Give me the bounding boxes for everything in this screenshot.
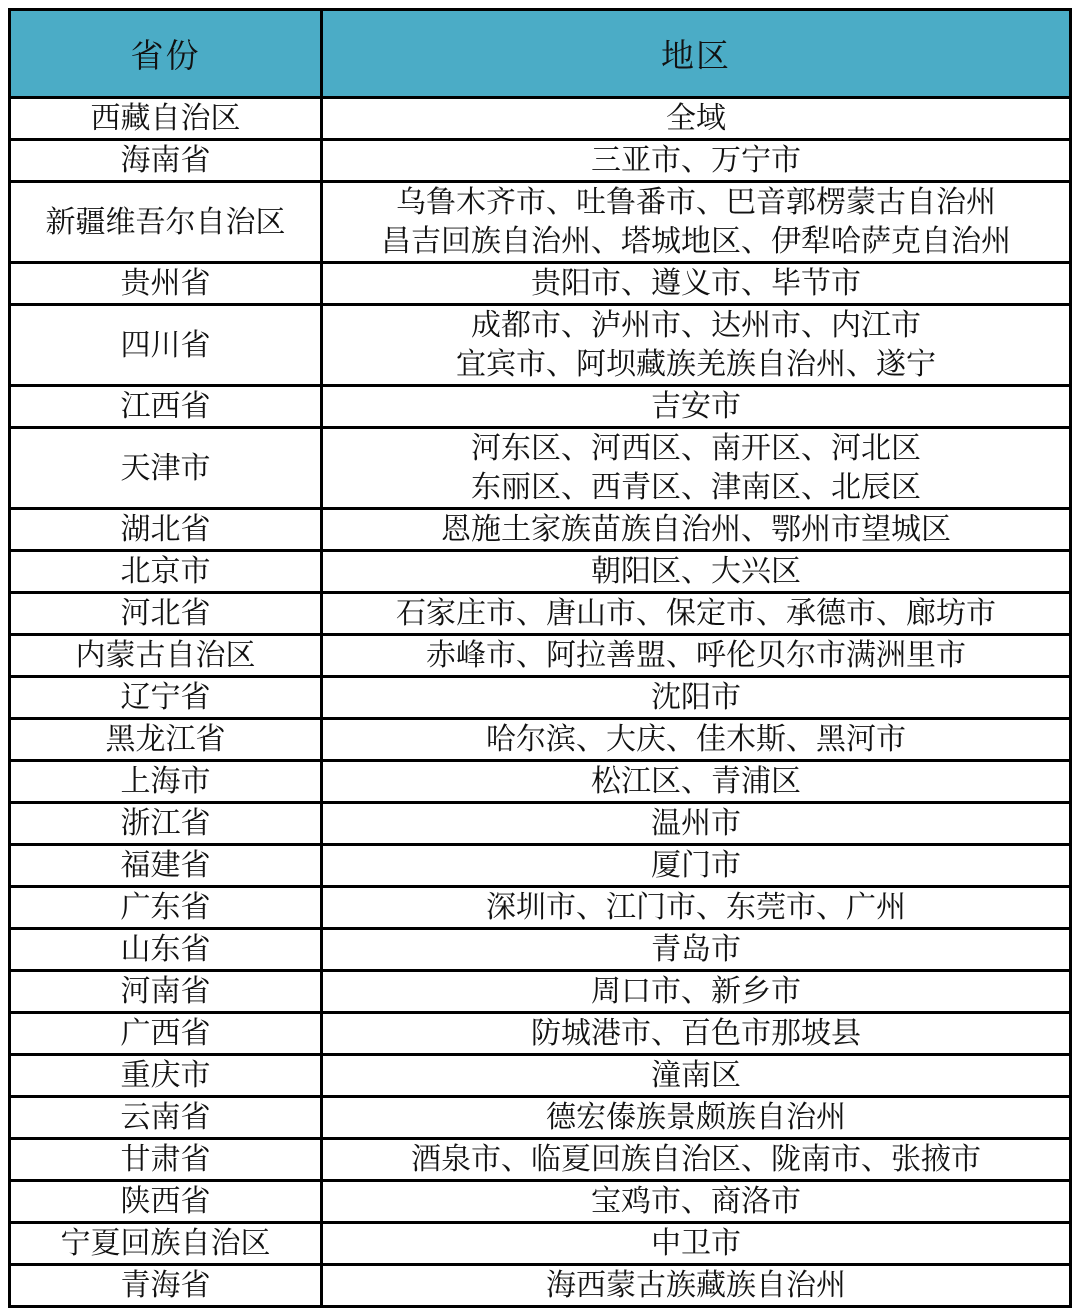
region-cell: 酒泉市、临夏回族自治区、陇南市、张掖市 <box>322 1139 1071 1181</box>
region-line: 温州市 <box>327 804 1065 843</box>
region-cell: 沈阳市 <box>322 677 1071 719</box>
region-cell: 海西蒙古族藏族自治州 <box>322 1265 1071 1307</box>
region-cell: 三亚市、万宁市 <box>322 140 1071 182</box>
table-row: 河北省石家庄市、唐山市、保定市、承德市、廊坊市 <box>10 593 1071 635</box>
table-row: 云南省德宏傣族景颇族自治州 <box>10 1097 1071 1139</box>
province-cell: 广西省 <box>10 1013 322 1055</box>
province-cell: 新疆维吾尔自治区 <box>10 182 322 263</box>
table-row: 浙江省温州市 <box>10 803 1071 845</box>
province-region-table: 省份 地区 西藏自治区全域海南省三亚市、万宁市新疆维吾尔自治区乌鲁木齐市、吐鲁番… <box>8 8 1072 1308</box>
region-line: 全域 <box>327 99 1065 138</box>
table-row: 西藏自治区全域 <box>10 98 1071 140</box>
table-row: 上海市松江区、青浦区 <box>10 761 1071 803</box>
province-cell: 湖北省 <box>10 509 322 551</box>
province-cell: 贵州省 <box>10 263 322 305</box>
region-line: 酒泉市、临夏回族自治区、陇南市、张掖市 <box>327 1140 1065 1179</box>
region-cell: 乌鲁木齐市、吐鲁番市、巴音郭楞蒙古自治州昌吉回族自治州、塔城地区、伊犁哈萨克自治… <box>322 182 1071 263</box>
region-line: 哈尔滨、大庆、佳木斯、黑河市 <box>327 720 1065 759</box>
table-row: 广西省防城港市、百色市那坡县 <box>10 1013 1071 1055</box>
region-cell: 松江区、青浦区 <box>322 761 1071 803</box>
table-row: 新疆维吾尔自治区乌鲁木齐市、吐鲁番市、巴音郭楞蒙古自治州昌吉回族自治州、塔城地区… <box>10 182 1071 263</box>
region-line: 防城港市、百色市那坡县 <box>327 1014 1065 1053</box>
region-line: 昌吉回族自治州、塔城地区、伊犁哈萨克自治州 <box>327 222 1065 261</box>
region-cell: 周口市、新乡市 <box>322 971 1071 1013</box>
region-cell: 潼南区 <box>322 1055 1071 1097</box>
table-row: 广东省深圳市、江门市、东莞市、广州 <box>10 887 1071 929</box>
table-row: 天津市河东区、河西区、南开区、河北区东丽区、西青区、津南区、北辰区 <box>10 428 1071 509</box>
region-line: 河东区、河西区、南开区、河北区 <box>327 429 1065 468</box>
region-line: 吉安市 <box>327 387 1065 426</box>
province-cell: 海南省 <box>10 140 322 182</box>
region-cell: 恩施土家族苗族自治州、鄂州市望城区 <box>322 509 1071 551</box>
province-cell: 陕西省 <box>10 1181 322 1223</box>
region-cell: 深圳市、江门市、东莞市、广州 <box>322 887 1071 929</box>
table-row: 福建省厦门市 <box>10 845 1071 887</box>
region-line: 东丽区、西青区、津南区、北辰区 <box>327 468 1065 507</box>
region-line: 恩施土家族苗族自治州、鄂州市望城区 <box>327 510 1065 549</box>
region-cell: 温州市 <box>322 803 1071 845</box>
table-row: 北京市朝阳区、大兴区 <box>10 551 1071 593</box>
region-line: 青岛市 <box>327 930 1065 969</box>
province-cell: 重庆市 <box>10 1055 322 1097</box>
table-row: 重庆市潼南区 <box>10 1055 1071 1097</box>
region-line: 厦门市 <box>327 846 1065 885</box>
province-cell: 云南省 <box>10 1097 322 1139</box>
region-line: 海西蒙古族藏族自治州 <box>327 1266 1065 1305</box>
table-row: 辽宁省沈阳市 <box>10 677 1071 719</box>
province-cell: 江西省 <box>10 386 322 428</box>
province-cell: 宁夏回族自治区 <box>10 1223 322 1265</box>
region-line: 成都市、泸州市、达州市、内江市 <box>327 306 1065 345</box>
table-row: 河南省周口市、新乡市 <box>10 971 1071 1013</box>
table-row: 内蒙古自治区赤峰市、阿拉善盟、呼伦贝尔市满洲里市 <box>10 635 1071 677</box>
province-cell: 河南省 <box>10 971 322 1013</box>
region-cell: 全域 <box>322 98 1071 140</box>
province-cell: 北京市 <box>10 551 322 593</box>
region-line: 周口市、新乡市 <box>327 972 1065 1011</box>
province-cell: 辽宁省 <box>10 677 322 719</box>
province-cell: 西藏自治区 <box>10 98 322 140</box>
region-line: 乌鲁木齐市、吐鲁番市、巴音郭楞蒙古自治州 <box>327 183 1065 222</box>
table-row: 山东省青岛市 <box>10 929 1071 971</box>
table-row: 四川省成都市、泸州市、达州市、内江市宜宾市、阿坝藏族羌族自治州、遂宁 <box>10 305 1071 386</box>
table-row: 海南省三亚市、万宁市 <box>10 140 1071 182</box>
region-cell: 河东区、河西区、南开区、河北区东丽区、西青区、津南区、北辰区 <box>322 428 1071 509</box>
table-row: 陕西省宝鸡市、商洛市 <box>10 1181 1071 1223</box>
region-cell: 吉安市 <box>322 386 1071 428</box>
region-cell: 青岛市 <box>322 929 1071 971</box>
region-cell: 成都市、泸州市、达州市、内江市宜宾市、阿坝藏族羌族自治州、遂宁 <box>322 305 1071 386</box>
province-cell: 内蒙古自治区 <box>10 635 322 677</box>
province-cell: 四川省 <box>10 305 322 386</box>
region-cell: 厦门市 <box>322 845 1071 887</box>
region-line: 三亚市、万宁市 <box>327 141 1065 180</box>
province-cell: 山东省 <box>10 929 322 971</box>
table-row: 宁夏回族自治区中卫市 <box>10 1223 1071 1265</box>
province-cell: 甘肃省 <box>10 1139 322 1181</box>
region-line: 宝鸡市、商洛市 <box>327 1182 1065 1221</box>
table-row: 青海省海西蒙古族藏族自治州 <box>10 1265 1071 1307</box>
region-cell: 贵阳市、遵义市、毕节市 <box>322 263 1071 305</box>
region-cell: 石家庄市、唐山市、保定市、承德市、廊坊市 <box>322 593 1071 635</box>
region-cell: 德宏傣族景颇族自治州 <box>322 1097 1071 1139</box>
region-line: 深圳市、江门市、东莞市、广州 <box>327 888 1065 927</box>
table-row: 湖北省恩施土家族苗族自治州、鄂州市望城区 <box>10 509 1071 551</box>
province-cell: 福建省 <box>10 845 322 887</box>
province-cell: 上海市 <box>10 761 322 803</box>
region-line: 松江区、青浦区 <box>327 762 1065 801</box>
region-line: 赤峰市、阿拉善盟、呼伦贝尔市满洲里市 <box>327 636 1065 675</box>
page: 省份 地区 西藏自治区全域海南省三亚市、万宁市新疆维吾尔自治区乌鲁木齐市、吐鲁番… <box>0 0 1080 1316</box>
header-row: 省份 地区 <box>10 10 1071 98</box>
region-line: 贵阳市、遵义市、毕节市 <box>327 264 1065 303</box>
province-cell: 青海省 <box>10 1265 322 1307</box>
table-row: 黑龙江省哈尔滨、大庆、佳木斯、黑河市 <box>10 719 1071 761</box>
province-cell: 浙江省 <box>10 803 322 845</box>
region-cell: 中卫市 <box>322 1223 1071 1265</box>
province-cell: 河北省 <box>10 593 322 635</box>
region-line: 宜宾市、阿坝藏族羌族自治州、遂宁 <box>327 345 1065 384</box>
header-cell-province: 省份 <box>10 10 322 98</box>
region-cell: 防城港市、百色市那坡县 <box>322 1013 1071 1055</box>
region-line: 朝阳区、大兴区 <box>327 552 1065 591</box>
table-row: 贵州省贵阳市、遵义市、毕节市 <box>10 263 1071 305</box>
region-cell: 赤峰市、阿拉善盟、呼伦贝尔市满洲里市 <box>322 635 1071 677</box>
table-row: 甘肃省酒泉市、临夏回族自治区、陇南市、张掖市 <box>10 1139 1071 1181</box>
province-cell: 广东省 <box>10 887 322 929</box>
region-line: 石家庄市、唐山市、保定市、承德市、廊坊市 <box>327 594 1065 633</box>
region-line: 中卫市 <box>327 1224 1065 1263</box>
table-body: 西藏自治区全域海南省三亚市、万宁市新疆维吾尔自治区乌鲁木齐市、吐鲁番市、巴音郭楞… <box>10 98 1071 1307</box>
header-cell-region: 地区 <box>322 10 1071 98</box>
table-row: 江西省吉安市 <box>10 386 1071 428</box>
region-line: 德宏傣族景颇族自治州 <box>327 1098 1065 1137</box>
region-line: 沈阳市 <box>327 678 1065 717</box>
region-cell: 朝阳区、大兴区 <box>322 551 1071 593</box>
region-cell: 宝鸡市、商洛市 <box>322 1181 1071 1223</box>
region-line: 潼南区 <box>327 1056 1065 1095</box>
region-cell: 哈尔滨、大庆、佳木斯、黑河市 <box>322 719 1071 761</box>
province-cell: 天津市 <box>10 428 322 509</box>
province-cell: 黑龙江省 <box>10 719 322 761</box>
